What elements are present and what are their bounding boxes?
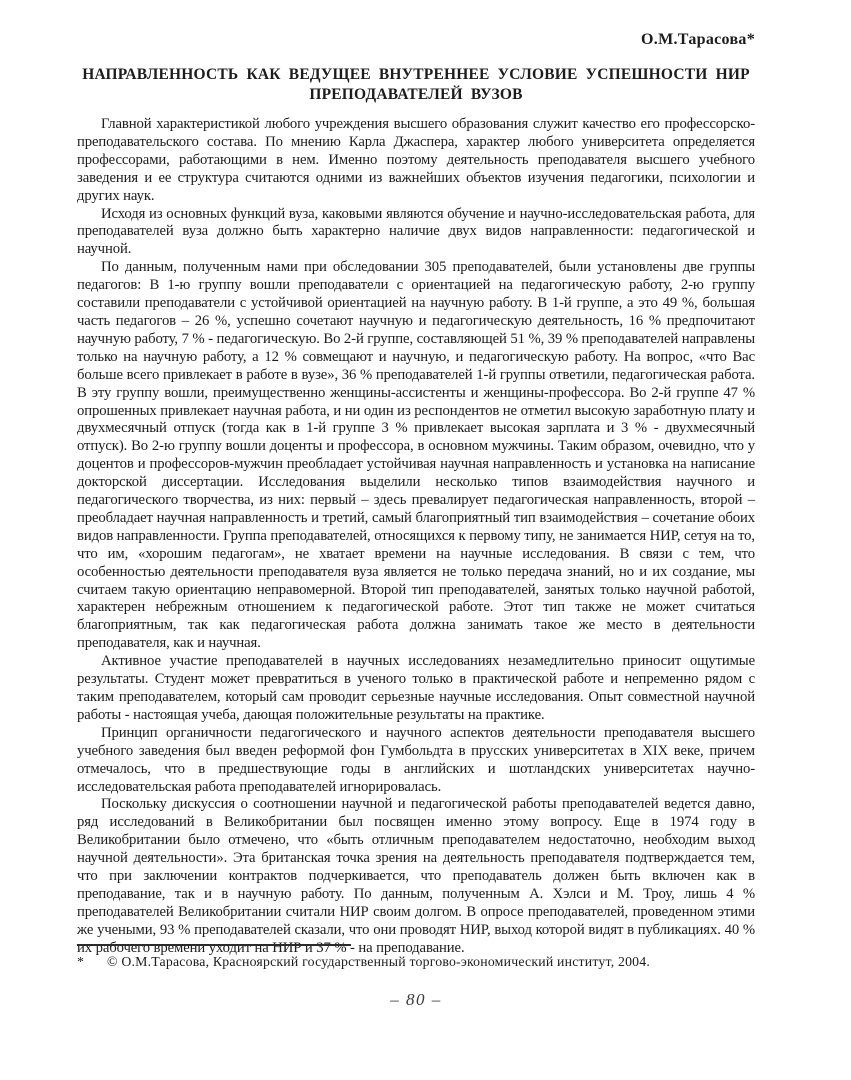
article-title-line-2: ПРЕПОДАВАТЕЛЕЙ ВУЗОВ (77, 85, 755, 105)
body-paragraph: Поскольку дискуссия о соотношении научно… (77, 796, 755, 957)
page-content: О.М.Тарасова* НАПРАВЛЕННОСТЬ КАК ВЕДУЩЕЕ… (77, 30, 755, 958)
footnote-area: * © О.М.Тарасова, Красноярский государст… (77, 944, 755, 970)
article-title-line-1: НАПРАВЛЕННОСТЬ КАК ВЕДУЩЕЕ ВНУТРЕННЕЕ УС… (77, 65, 755, 85)
footnote-separator-rule (77, 944, 351, 946)
body-paragraph: По данным, полученным нами при обследова… (77, 259, 755, 653)
body-paragraph: Главной характеристикой любого учреждени… (77, 116, 755, 206)
footnote-text: © О.М.Тарасова, Красноярский государстве… (107, 953, 650, 970)
body-paragraph: Принцип органичности педагогического и н… (77, 725, 755, 797)
article-body: Главной характеристикой любого учреждени… (77, 116, 755, 958)
copyright-footnote: * © О.М.Тарасова, Красноярский государст… (77, 953, 755, 970)
article-title: НАПРАВЛЕННОСТЬ КАК ВЕДУЩЕЕ ВНУТРЕННЕЕ УС… (77, 65, 755, 104)
footnote-marker: * (77, 953, 107, 970)
body-paragraph: Исходя из основных функций вуза, каковым… (77, 206, 755, 260)
document-page: О.М.Тарасова* НАПРАВЛЕННОСТЬ КАК ВЕДУЩЕЕ… (0, 0, 851, 1080)
body-paragraph: Активное участие преподавателей в научны… (77, 653, 755, 725)
page-number: – 80 – (77, 990, 755, 1010)
author-byline: О.М.Тарасова* (77, 30, 755, 50)
